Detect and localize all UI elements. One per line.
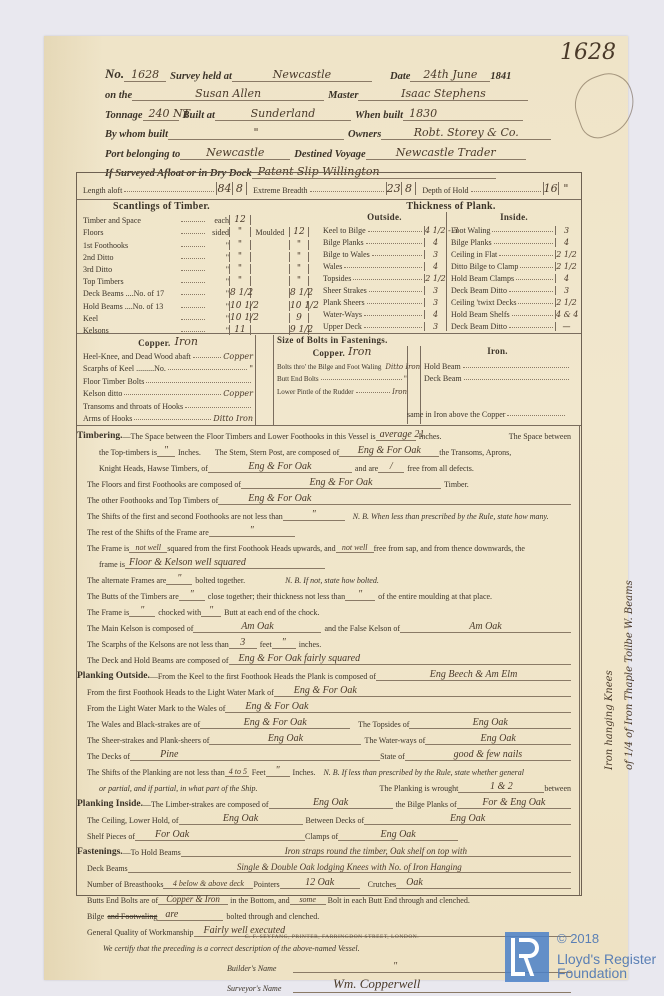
surveyor-label: Surveyor's Name bbox=[227, 984, 293, 993]
plank-value: 4 bbox=[555, 238, 577, 247]
leader-dots bbox=[146, 382, 251, 383]
stem-value: Eng & For Oak bbox=[339, 445, 439, 457]
leader-dots bbox=[464, 379, 569, 380]
plank-label: Hold Beam Clamps bbox=[451, 274, 514, 283]
leader-dots bbox=[181, 319, 205, 320]
floors-label: The Floors and first Foothooks are compo… bbox=[87, 480, 241, 489]
leader-dots bbox=[516, 279, 553, 280]
copper-label: Transoms and throats of Hooks bbox=[83, 402, 183, 411]
plank-row: Sheer Strakes3 bbox=[323, 283, 446, 295]
scantling-row: 2nd Ditto""" bbox=[83, 250, 323, 262]
scantling-sided: " bbox=[229, 276, 251, 286]
plank-label: Bilge to Wales bbox=[323, 250, 370, 259]
clenched-label: Bolt in each Butt End through and clench… bbox=[328, 896, 470, 905]
scantling-moulded: 10 1/2 bbox=[289, 301, 309, 311]
shelf-pieces-value: For Oak bbox=[135, 829, 305, 841]
builder-label: Builder's Name bbox=[227, 964, 293, 973]
when-built-value: 1830 bbox=[403, 107, 523, 121]
leader-dots bbox=[134, 419, 211, 420]
length-feet: 84 bbox=[216, 182, 232, 195]
owners-label: Owners bbox=[348, 129, 381, 140]
scantling-unit: " bbox=[207, 241, 229, 250]
scantling-row: Timber and Spaceeach12 bbox=[83, 213, 323, 225]
leader-dots bbox=[366, 243, 422, 244]
leader-dots bbox=[367, 303, 422, 304]
document-header: No. 1628 Survey held at Newcastle Date 2… bbox=[105, 62, 575, 179]
keel-plank-label: —From the Keel to the first Foothook Hea… bbox=[150, 672, 376, 681]
same-in-iron: same in Iron above the Copper bbox=[407, 410, 505, 419]
plank-row: Deck Beam Ditto3 bbox=[451, 283, 577, 295]
feet-label: Feet bbox=[252, 768, 266, 777]
hold-beams-value: Iron straps round the timber, Oak shelf … bbox=[181, 846, 571, 857]
no-label: No. bbox=[105, 66, 124, 82]
crutches-value: Oak bbox=[396, 877, 571, 889]
plank-value: 2 1/2 bbox=[555, 262, 577, 271]
year: 1841 bbox=[490, 71, 511, 82]
scantling-unit: each bbox=[207, 216, 229, 225]
leader-dots bbox=[181, 233, 205, 234]
plank-shifts-label: The Shifts of the Planking are not less … bbox=[87, 768, 225, 777]
floor-space-value: average 21 bbox=[376, 429, 416, 441]
plank-label: Water-Ways bbox=[323, 310, 362, 319]
copper-label: Kelson ditto bbox=[83, 389, 122, 398]
rest-shifts-label: The rest of the Shifts of the Frame are bbox=[87, 528, 209, 537]
shifts-note: N. B. When less than prescribed by the R… bbox=[353, 512, 549, 521]
copper-label: Floor Timber Bolts bbox=[83, 377, 144, 386]
built-at-value: Sunderland bbox=[215, 107, 351, 121]
false-kelson-label: and the False Kelson of bbox=[324, 624, 400, 633]
leader-dots bbox=[364, 327, 422, 328]
plank-label: Topsides bbox=[323, 274, 351, 283]
plank-label: Plank Sheers bbox=[323, 298, 365, 307]
frame-squared-label: squared from the first Foothook Heads up… bbox=[167, 544, 335, 553]
breasthooks-value: 4 below & above deck bbox=[163, 879, 253, 889]
plank-value: 3 bbox=[424, 298, 446, 307]
leader-dots bbox=[321, 379, 402, 380]
scantling-sided: 8 1/2 bbox=[229, 288, 251, 298]
space-between-label: The Space between bbox=[509, 432, 571, 441]
plank-row: Deck Beam Ditto— bbox=[451, 319, 577, 331]
plank-value: 3 bbox=[424, 286, 446, 295]
when-built-label: When built bbox=[355, 110, 403, 121]
butts-thickness-value: " bbox=[345, 589, 375, 601]
bolts-fastenings: Size of Bolts in Fastenings. Copper. Iro… bbox=[277, 335, 577, 424]
chocked-with-value: " bbox=[201, 605, 221, 617]
bolt-label: Butt End Bolts bbox=[277, 375, 319, 383]
keel-plank-value: Eng Beech & Am Elm bbox=[376, 669, 571, 681]
pointers-label: Pointers bbox=[253, 880, 279, 889]
scantling-unit: " bbox=[207, 277, 229, 286]
plank-row: Ditto Bilge to Clamp2 1/2 bbox=[451, 259, 577, 271]
scantling-moulded: " bbox=[289, 240, 309, 250]
plank-value: 2 1/2 bbox=[555, 298, 577, 307]
leader-dots bbox=[181, 282, 205, 283]
shifts-value: " bbox=[283, 509, 345, 521]
scantling-label: Deck Beams ....No. of 17 bbox=[83, 289, 179, 298]
copper-label: Scarphs of Keel .........No. bbox=[83, 364, 166, 373]
feet-label: feet bbox=[260, 640, 272, 649]
date-value: 24th June bbox=[410, 68, 490, 82]
wrought-label: The Planking is wrought bbox=[379, 784, 458, 793]
free-defects-label: free from all defects. bbox=[407, 464, 474, 473]
defects-value: / bbox=[378, 461, 404, 473]
bolt-label: Lower Pintle of the Rudder bbox=[277, 388, 354, 396]
struck-footwaling: and Footwaling bbox=[107, 912, 157, 921]
leader-dots bbox=[364, 315, 422, 316]
inside-title: Inside. bbox=[451, 212, 577, 223]
plank-row: Ceiling 'twixt Decks2 1/2 bbox=[451, 295, 577, 307]
leader-dots bbox=[181, 246, 205, 247]
bolted-note: N. B. If not, state how bolted. bbox=[285, 576, 379, 585]
margin-note: Iron hanging Knees of 1/4 of Iron Thaple… bbox=[596, 470, 656, 770]
inches-label: Inches. bbox=[419, 432, 442, 441]
limber-strakes-value: Eng Oak bbox=[269, 797, 393, 809]
leader-dots bbox=[520, 267, 553, 268]
butts-bolts-label: Butts End Bolts are of bbox=[87, 896, 158, 905]
bolt-row: Bolts thro' the Bilge and Foot WalingDit… bbox=[277, 358, 407, 371]
breadth-label: Extreme Breadth bbox=[253, 186, 307, 195]
plank-row: Bilge to Wales3 bbox=[323, 247, 446, 259]
scantling-moulded: 12 bbox=[289, 227, 309, 237]
scantling-unit: " bbox=[207, 289, 229, 298]
leader-dots bbox=[509, 291, 553, 292]
frame-squared-value: not well bbox=[129, 543, 167, 553]
length-inches: 8 bbox=[233, 182, 248, 195]
breadth-feet: 23 bbox=[386, 182, 402, 195]
bolt-value: Iron bbox=[392, 388, 407, 396]
scantling-unit: " bbox=[207, 302, 229, 311]
wrought-value: 1 & 2 bbox=[458, 781, 544, 793]
plank-row: Hold Beam Clamps4 bbox=[451, 271, 577, 283]
copper-label: Arms of Hooks bbox=[83, 414, 132, 423]
plank-value: 3 bbox=[555, 226, 577, 235]
bolt-row: Butt End Bolts" bbox=[277, 371, 407, 384]
planking-outside-section: Planking Outside. —From the Keel to the … bbox=[77, 665, 581, 681]
butts-bolts-value: Copper & Iron bbox=[158, 894, 228, 905]
floors-value: Eng & For Oak bbox=[241, 477, 441, 489]
leader-dots bbox=[181, 294, 205, 295]
tonnage-value: 240 NT bbox=[143, 107, 179, 121]
knight-heads-value: Eng & For Oak bbox=[208, 461, 352, 473]
leader-dots bbox=[518, 303, 553, 304]
frame-label: The Frame is bbox=[87, 544, 129, 553]
scantling-moulded: 8 1/2 bbox=[289, 288, 309, 298]
copper-row: Kelson dittoCopper bbox=[83, 386, 253, 399]
iron-row: Hold Beam bbox=[424, 358, 571, 371]
scantling-row: 3rd Ditto""" bbox=[83, 262, 323, 274]
plank-shifts-feet: 4 to 5 bbox=[225, 767, 249, 777]
scantling-unit: sided bbox=[207, 228, 229, 237]
leader-dots bbox=[353, 279, 422, 280]
plank-row: Upper Deck3 bbox=[323, 319, 446, 331]
plank-row: Ceiling in Flat2 1/2 bbox=[451, 247, 577, 259]
wales-label: From the Light Water Mark to the Wales o… bbox=[87, 704, 225, 713]
depth-feet: 16 bbox=[543, 182, 559, 195]
tonnage-label: Tonnage bbox=[105, 110, 143, 121]
plank-value: 2 1/2 bbox=[424, 274, 446, 283]
leader-dots bbox=[463, 367, 569, 368]
leader-dots bbox=[494, 243, 553, 244]
copper-note: Iron bbox=[175, 335, 198, 348]
scantlings-table: Scantlings of Timber. Timber and Spaceea… bbox=[83, 201, 323, 335]
copper-row: Arms of HooksDitto Iron bbox=[83, 411, 253, 424]
plank-value: 4 bbox=[424, 238, 446, 247]
between-decks-value: Eng Oak bbox=[364, 813, 571, 825]
plank-label: Ditto Bilge to Clamp bbox=[451, 262, 518, 271]
plank-value: 3 bbox=[555, 286, 577, 295]
main-kelson-label: The Main Kelson is composed of bbox=[87, 624, 193, 633]
copper-fastenings: Copper. Iron Heel-Knee, and Dead Wood ab… bbox=[83, 335, 253, 423]
planking-outside-heading: Planking Outside. bbox=[77, 671, 150, 681]
survey-held-value: Newcastle bbox=[232, 68, 372, 82]
scantling-sided: " bbox=[229, 227, 251, 237]
scantling-unit: " bbox=[207, 253, 229, 262]
scantling-row: 1st Foothooks""" bbox=[83, 237, 323, 249]
plank-label: Foot Waling bbox=[451, 226, 490, 235]
topsides-label: The Topsides of bbox=[358, 720, 409, 729]
alternate-frames-value: " bbox=[166, 573, 192, 585]
other-foothooks-label: The other Foothooks and Top Timbers of bbox=[87, 496, 218, 505]
bilge-label: Bilge bbox=[87, 912, 104, 921]
plank-label: Upper Deck bbox=[323, 322, 362, 331]
scantling-row: Deck Beams ....No. of 17"8 1/28 1/2 bbox=[83, 286, 323, 298]
plank-row: Foot Waling3 bbox=[451, 223, 577, 235]
crutches-label: Crutches bbox=[368, 880, 396, 889]
plank-label: Sheer Strakes bbox=[323, 286, 367, 295]
clamps-value: Eng Oak bbox=[338, 829, 458, 841]
copper-row: Transoms and throats of Hooks bbox=[83, 398, 253, 411]
decks-value: Pine bbox=[130, 749, 380, 761]
bottom-label: in the Bottom, and bbox=[230, 896, 290, 905]
plank-shifts-note: N. B. If less than prescribed by the Rul… bbox=[323, 768, 524, 777]
leader-dots bbox=[124, 394, 221, 395]
scantling-row: Floorssided"Moulded12 bbox=[83, 225, 323, 237]
scantling-sided: " bbox=[229, 240, 251, 250]
planking-inside-heading: Planking Inside. bbox=[77, 799, 143, 809]
leader-dots bbox=[181, 307, 205, 308]
water-ways-value: Eng Oak bbox=[425, 733, 571, 745]
decks-label: The Decks of bbox=[87, 752, 130, 761]
butts-thickness-label: close together; their thickness not less… bbox=[208, 592, 345, 601]
leader-dots bbox=[181, 331, 205, 332]
scantling-sided: " bbox=[229, 264, 251, 274]
voyage-label: Destined Voyage bbox=[294, 149, 365, 160]
bolt-count-value: some bbox=[290, 895, 326, 905]
plank-row: Topsides2 1/2 bbox=[323, 271, 446, 283]
scantling-moulded: " bbox=[289, 264, 309, 274]
dimensions-row: Length aloft 84 8 Extreme Breadth 23 8 D… bbox=[83, 181, 573, 195]
bolt-label: Bolts thro' the Bilge and Foot Waling bbox=[277, 363, 381, 371]
copyright: © 2018 bbox=[557, 932, 656, 946]
iron-label: Deck Beam bbox=[424, 374, 462, 383]
topsides-value: Eng Oak bbox=[409, 717, 571, 729]
stem-label: The Stem, Stern Post, are composed of bbox=[215, 448, 339, 457]
plank-row: Bilge Planks4 bbox=[323, 235, 446, 247]
deck-beams-value: Single & Double Oak lodging Knees with N… bbox=[128, 862, 571, 873]
leader-dots bbox=[368, 231, 422, 232]
copper-label: Heel-Knee, and Dead Wood abaft bbox=[83, 352, 191, 361]
light-water-label: From the first Foothook Heads to the Lig… bbox=[87, 688, 274, 697]
date-label: Date bbox=[390, 71, 410, 82]
copper-row: Heel-Knee, and Dead Wood abaftCopper bbox=[83, 348, 253, 361]
plank-row: Water-Ways4 bbox=[323, 307, 446, 319]
sheer-strakes-value: Eng Oak bbox=[209, 733, 361, 745]
depth-label: Depth of Hold bbox=[422, 186, 468, 195]
plank-label: Ceiling 'twixt Decks bbox=[451, 298, 516, 307]
state-label: State of bbox=[380, 752, 405, 761]
on-the-label: on the bbox=[105, 90, 132, 101]
certification-text: We certify that the preceding is a corre… bbox=[103, 944, 360, 953]
lr-logo-icon bbox=[505, 932, 549, 982]
scantling-moulded: " bbox=[289, 252, 309, 262]
knight-heads-label: Knight Heads, Hawse Timbers, of bbox=[99, 464, 208, 473]
org-name-line-1: Lloyd's Register bbox=[557, 952, 656, 967]
top-timbers-value: " bbox=[157, 445, 175, 457]
plank-label: Bilge Planks bbox=[323, 238, 364, 247]
ceiling-label: The Ceiling, Lower Hold, of bbox=[87, 816, 179, 825]
by-whom-label: By whom built bbox=[105, 129, 168, 140]
bilge-planks-value: For & Eng Oak bbox=[457, 797, 571, 809]
scantling-label: 3rd Ditto bbox=[83, 265, 179, 274]
beams-value: Eng & For Oak fairly squared bbox=[229, 653, 571, 665]
chock-label: Butt at each end of the chock. bbox=[224, 608, 319, 617]
bilge-planks-label: the Bilge Planks of bbox=[396, 800, 457, 809]
scantling-sided: 10 1/2 bbox=[229, 313, 251, 323]
butts-label: The Butts of the Timbers are bbox=[87, 592, 179, 601]
false-kelson-value: Am Oak bbox=[400, 621, 571, 633]
plank-row: Keel to Bilge4 1/2 - 3 bbox=[323, 223, 446, 235]
leader-dots bbox=[181, 270, 205, 271]
between-label: between bbox=[544, 784, 571, 793]
chocked-with-label: chocked with bbox=[158, 608, 201, 617]
plank-row: Plank Sheers3 bbox=[323, 295, 446, 307]
bilge-value: are bbox=[157, 909, 223, 921]
leader-dots bbox=[168, 369, 247, 370]
frame-sap-label: free from sap, and from thence downwards… bbox=[374, 544, 525, 553]
timbering-section: Timbering. —The Space between the Floor … bbox=[77, 425, 581, 993]
top-timbers-label: the Top-timbers is bbox=[99, 448, 157, 457]
frame-is-value: Floor & Kelson well squared bbox=[125, 557, 325, 569]
scantlings-title: Scantlings of Timber. bbox=[83, 201, 323, 213]
inches-label: Inches. bbox=[293, 768, 316, 777]
breadth-inches: 8 bbox=[402, 182, 417, 195]
black-strakes-value: Eng & For Oak bbox=[200, 717, 350, 729]
copper-row: Scarphs of Keel .........No." bbox=[83, 361, 253, 374]
light-water-value: Eng & For Oak bbox=[274, 685, 571, 697]
other-foothooks-value: Eng & For Oak bbox=[218, 493, 571, 505]
scantling-label: 1st Foothooks bbox=[83, 241, 179, 250]
leader-dots bbox=[193, 357, 221, 358]
copper-value: Ditto Iron bbox=[213, 414, 253, 423]
copper-row: Floor Timber Bolts bbox=[83, 373, 253, 386]
scantling-row: Keel"10 1/29 bbox=[83, 311, 323, 323]
by-whom-value: " bbox=[168, 126, 344, 140]
copper-value: Copper bbox=[223, 389, 253, 398]
plank-row: Bilge Planks4 bbox=[451, 235, 577, 247]
copper-value: Copper bbox=[223, 352, 253, 361]
plank-label: Keel to Bilge bbox=[323, 226, 366, 235]
scantling-label: Hold Beams ....No. of 13 bbox=[83, 302, 179, 311]
iron-label: Hold Beam bbox=[424, 362, 461, 371]
shifts-label: The Shifts of the first and second Footh… bbox=[87, 512, 283, 521]
between-decks-label: Between Decks of bbox=[306, 816, 365, 825]
plank-shifts-inches: " bbox=[266, 765, 290, 777]
alternate-frames-label: The alternate Frames are bbox=[87, 576, 166, 585]
timbering-heading: Timbering. bbox=[77, 431, 122, 441]
frame-is-label: frame is bbox=[99, 560, 125, 569]
plank-label: Bilge Planks bbox=[451, 238, 492, 247]
deck-beams-label: Deck Beams bbox=[87, 864, 128, 873]
no-value: 1628 bbox=[124, 68, 166, 82]
plank-value: 3 bbox=[424, 322, 446, 331]
leader-dots bbox=[181, 221, 205, 222]
scantling-moulded: " bbox=[289, 276, 309, 286]
copper-value: " bbox=[249, 364, 253, 373]
margin-note-line-1: Iron hanging Knees bbox=[604, 670, 615, 770]
scantling-label: Keel bbox=[83, 314, 179, 323]
sheer-strakes-label: The Sheer-strakes and Plank-sheers of bbox=[87, 736, 209, 745]
scantling-label: Timber and Space bbox=[83, 216, 179, 225]
scantling-row: Top Timbers""" bbox=[83, 274, 323, 286]
timber-label: Timber. bbox=[444, 480, 469, 489]
master-value: Isaac Stephens bbox=[358, 87, 528, 101]
pointers-value: 12 Oak bbox=[280, 877, 360, 889]
scantling-row: Hold Beams ....No. of 13"10 1/210 1/2 bbox=[83, 298, 323, 310]
lrf-watermark: © 2018 Lloyd's Register Foundation bbox=[505, 932, 656, 982]
and-are-label: and are bbox=[355, 464, 378, 473]
scantling-sided: " bbox=[229, 252, 251, 262]
scantling-label: Top Timbers bbox=[83, 277, 179, 286]
clamps-label: Clamps of bbox=[305, 832, 338, 841]
ship-name: Susan Allen bbox=[132, 87, 324, 101]
bolted-label: bolted together. bbox=[195, 576, 245, 585]
limber-strakes-label: —The Limber-strakes are composed of bbox=[143, 800, 269, 809]
plank-label: Ceiling in Flat bbox=[451, 250, 497, 259]
shelf-pieces-label: Shelf Pieces of bbox=[87, 832, 135, 841]
port-value: Newcastle bbox=[180, 146, 290, 160]
bolts-title: Size of Bolts in Fastenings. bbox=[277, 335, 577, 346]
plank-label: Deck Beam Ditto bbox=[451, 286, 507, 295]
leader-dots bbox=[492, 231, 553, 232]
main-kelson-value: Am Oak bbox=[193, 621, 321, 633]
scarphs-label: The Scarphs of the Kelsons are not less … bbox=[87, 640, 229, 649]
leader-dots bbox=[372, 255, 422, 256]
leader-dots bbox=[512, 315, 553, 316]
copper-title: Copper. bbox=[138, 338, 171, 348]
beams-label: The Deck and Hold Beams are composed of bbox=[87, 656, 229, 665]
scantling-unit: " bbox=[207, 265, 229, 274]
depth-inches: " bbox=[559, 182, 573, 195]
fastenings-section: Fastenings. —To Hold Beams Iron straps r… bbox=[77, 841, 581, 857]
scarphs-feet-value: 3 bbox=[229, 637, 257, 649]
bolts-copper-note: Iron bbox=[348, 345, 371, 358]
wales-value: Eng & For Oak bbox=[225, 701, 571, 713]
hold-beams-label: —To Hold Beams bbox=[123, 848, 181, 857]
margin-note-line-2: of 1/4 of Iron Thaple Toilbe W. Beams bbox=[624, 580, 635, 770]
plank-value: 3 bbox=[424, 250, 446, 259]
plank-value: 4 bbox=[424, 310, 446, 319]
plank-row: Wales4 bbox=[323, 259, 446, 271]
plank-label: Hold Beam Shelfs bbox=[451, 310, 510, 319]
frame-sap-value: not well bbox=[336, 543, 374, 553]
ceiling-value: Eng Oak bbox=[179, 813, 303, 825]
plank-value: 4 bbox=[555, 274, 577, 283]
planking-inside-section: Planking Inside. —The Limber-strakes are… bbox=[77, 793, 581, 809]
bolted-through-label: bolted through and clenched. bbox=[226, 912, 319, 921]
bolt-row: Lower Pintle of the RudderIron bbox=[277, 383, 407, 396]
iron-row: Deck Beam bbox=[424, 371, 571, 384]
state-value: good & few nails bbox=[405, 749, 571, 761]
